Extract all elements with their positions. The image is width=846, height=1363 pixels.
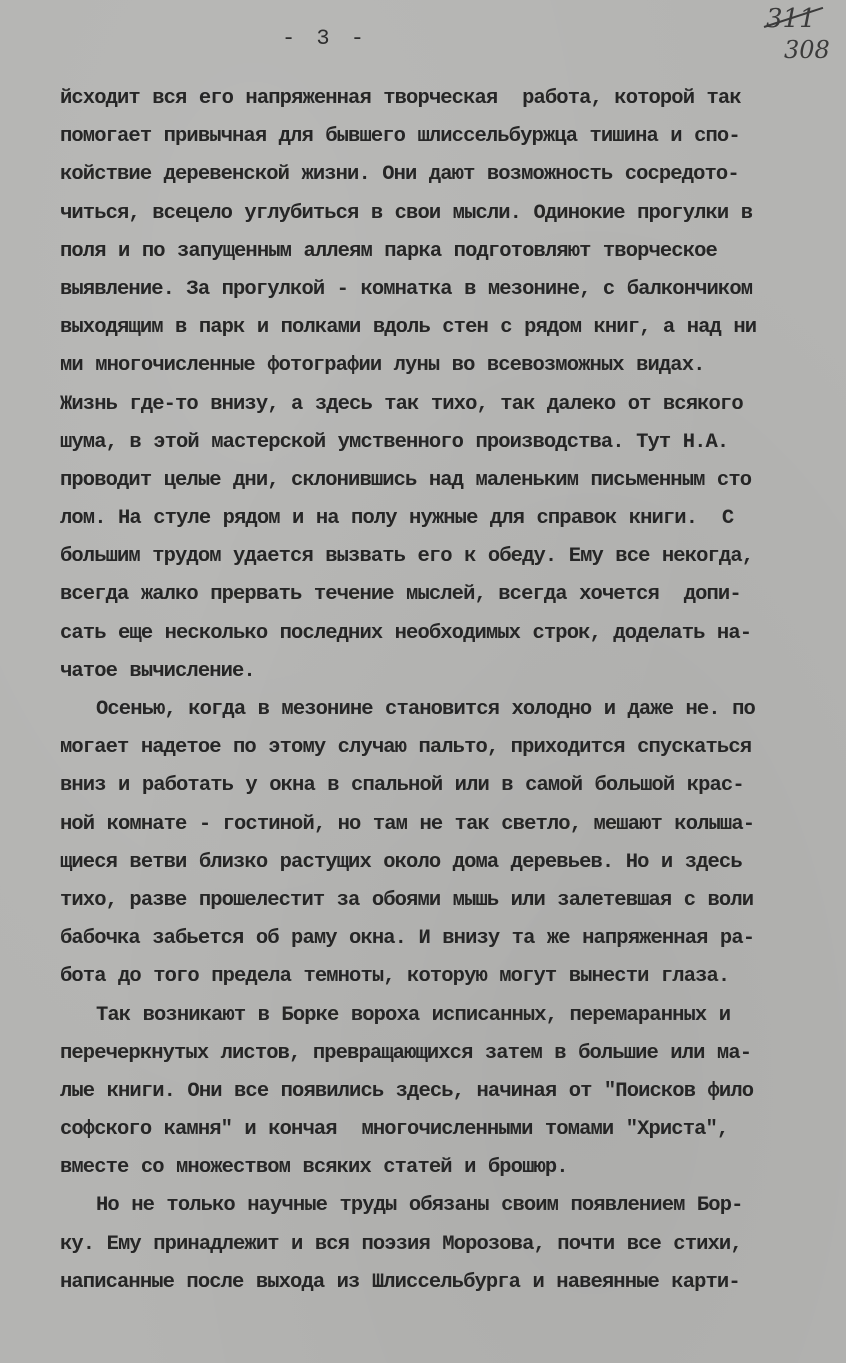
paragraph-start-line: Осенью, когда в мезонине становится холо…: [60, 691, 840, 729]
text-line: ку. Ему принадлежит и вся поэзия Морозов…: [60, 1226, 840, 1264]
text-line: койствие деревенской жизни. Они дают воз…: [60, 156, 840, 194]
text-line: проводит целые дни, склонившись над мале…: [60, 462, 840, 500]
text-line: написанные после выхода из Шлиссельбурга…: [60, 1264, 840, 1302]
text-line: ми многочисленные фотографии луны во все…: [60, 347, 840, 385]
text-line: выходящим в парк и полками вдоль стен с …: [60, 309, 840, 347]
text-line: щиеся ветви близко растущих около дома д…: [60, 844, 840, 882]
text-line: поля и по запущенным аллеям парка подгот…: [60, 233, 840, 271]
text-line: лые книги. Они все появились здесь, начи…: [60, 1073, 840, 1111]
text-line: вниз и работать у окна в спальной или в …: [60, 767, 840, 805]
text-line: большим трудом удается вызвать его к обе…: [60, 538, 840, 576]
text-line: бота до того предела темноты, которую мо…: [60, 958, 840, 996]
text-line: шума, в этой мастерской умственного прои…: [60, 424, 840, 462]
text-line: чатое вычисление.: [60, 653, 840, 691]
text-line: лом. На стуле рядом и на полу нужные для…: [60, 500, 840, 538]
text-line: могает надетое по этому случаю пальто, п…: [60, 729, 840, 767]
archive-folio-number: 311 308: [762, 4, 842, 66]
text-line: Жизнь где-то внизу, а здесь так тихо, та…: [60, 386, 840, 424]
paragraph-start-line: Так возникают в Борке вороха исписанных,…: [60, 997, 840, 1035]
text-line: всегда жалко прервать течение мыслей, вс…: [60, 576, 840, 614]
body-text: йсходит вся его напряженная творческая р…: [60, 80, 840, 1302]
archive-number-new: 308: [784, 36, 830, 64]
text-line: софского камня" и кончая многочисленными…: [60, 1111, 840, 1149]
text-line: ной комнате - гостиной, но там не так св…: [60, 806, 840, 844]
text-line: выявление. За прогулкой - комнатка в мез…: [60, 271, 840, 309]
paragraph-start-line: Но не только научные труды обязаны своим…: [60, 1187, 840, 1225]
text-line: читься, всецело углубиться в свои мысли.…: [60, 195, 840, 233]
text-line: сать еще несколько последних необходимых…: [60, 615, 840, 653]
text-line: бабочка забьется об раму окна. И внизу т…: [60, 920, 840, 958]
page-number: - 3 -: [282, 26, 368, 51]
text-line: тихо, разве прошелестит за обоями мышь и…: [60, 882, 840, 920]
typewritten-page: - 3 - 311 308 йсходит вся его напряженна…: [0, 0, 846, 1363]
text-line: перечеркнутых листов, превращающихся зат…: [60, 1035, 840, 1073]
text-line: йсходит вся его напряженная творческая р…: [60, 80, 840, 118]
text-line: помогает привычная для бывшего шлиссельб…: [60, 118, 840, 156]
text-line: вместе со множеством всяких статей и бро…: [60, 1149, 840, 1187]
